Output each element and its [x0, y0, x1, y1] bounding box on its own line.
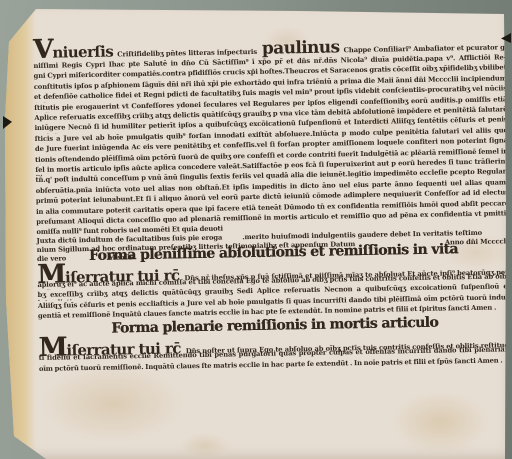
indulgence-document: Vniuerſis Criſtifidelibʒ pn̄tes litteras…: [0, 0, 512, 459]
issuer-name: paulinus: [262, 39, 340, 57]
photo-backdrop: Vniuerſis Criſtifidelibʒ pn̄tes litteras…: [0, 0, 512, 459]
printed-text-block: Vniuerſis Criſtifidelibʒ pn̄tes litteras…: [33, 35, 512, 394]
parchment-left-edge: [0, 0, 36, 459]
ornate-initial-v: V: [33, 40, 53, 61]
opening-word: niuerſis: [52, 45, 113, 61]
